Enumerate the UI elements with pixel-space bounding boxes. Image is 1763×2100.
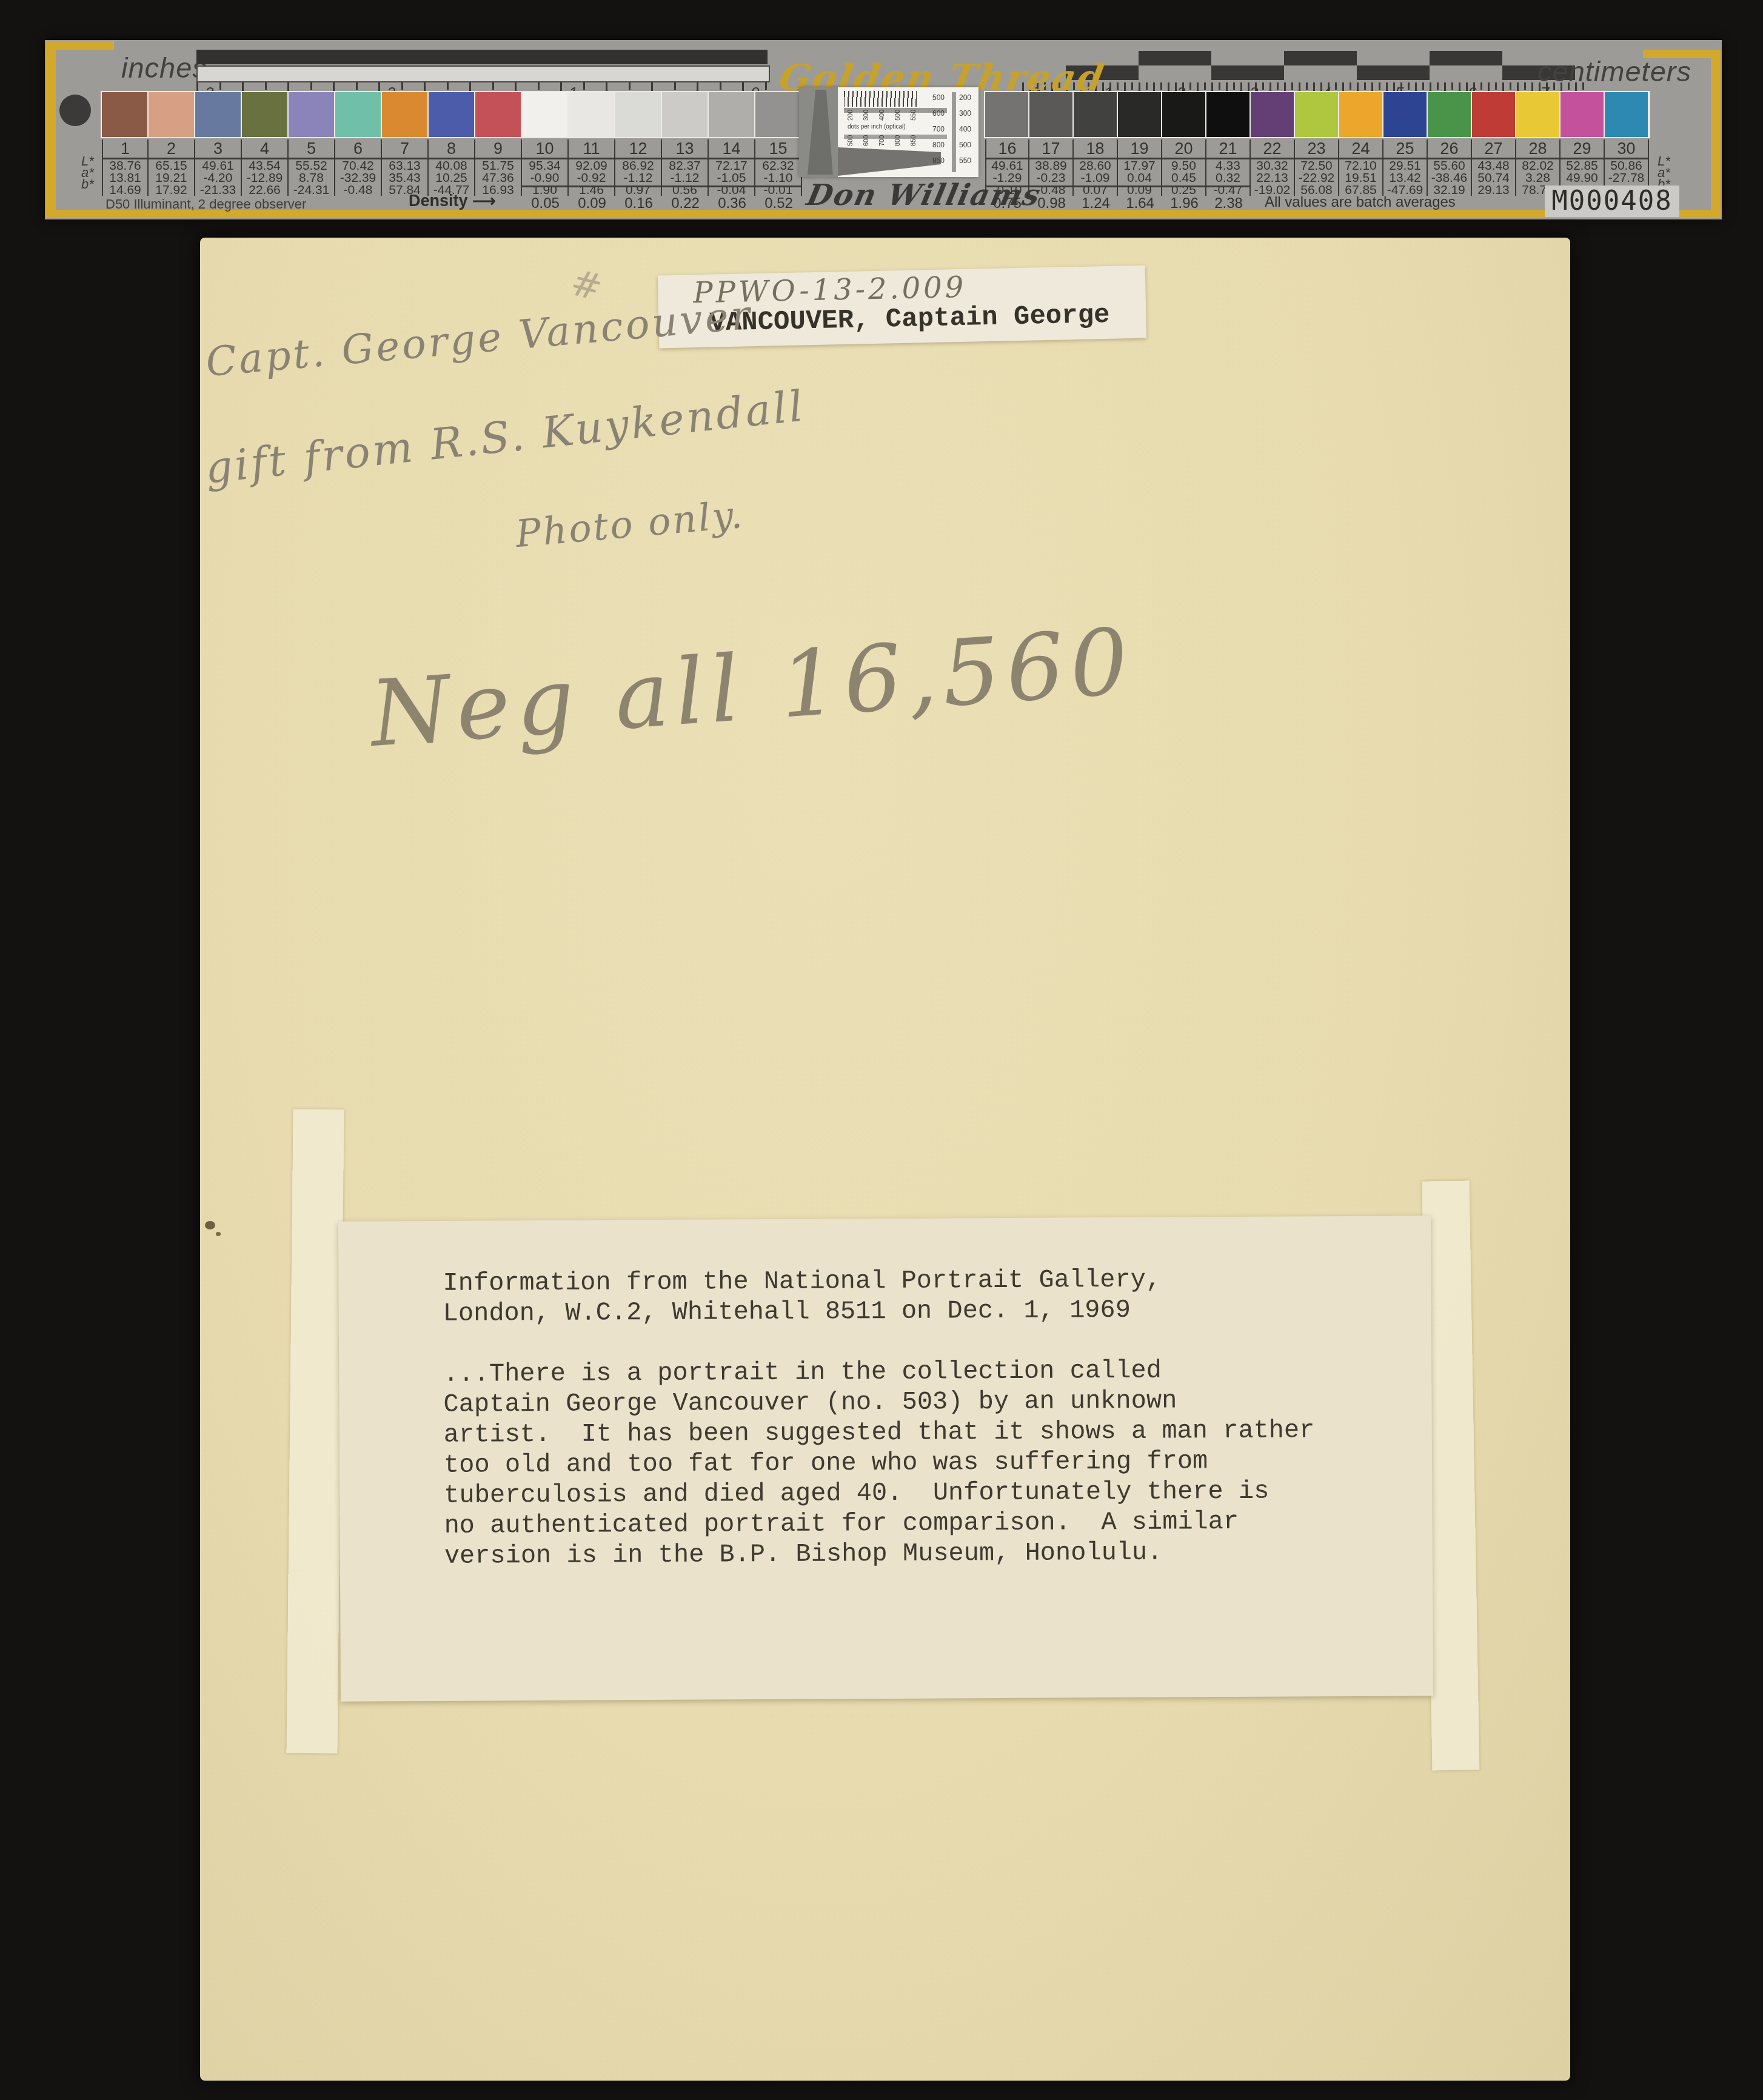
lab-value: 38.89 (1029, 159, 1072, 172)
color-patch-19 (1118, 92, 1161, 137)
dpi-scale-value: 600 (863, 138, 870, 146)
patch-number: 19 (1118, 139, 1161, 159)
patch-number: 20 (1162, 139, 1205, 159)
patch-number: 6 (335, 139, 381, 159)
dpi-scale-value: 200 (959, 90, 971, 105)
yellow-frame-topleft (46, 41, 114, 50)
lab-value-table-left: 138.7613.8114.69265.1519.2117.92349.61-4… (102, 139, 802, 196)
typed-note-line: version is in the B.P. Bishop Museum, Ho… (444, 1536, 1316, 1571)
ruler-tick (1364, 82, 1366, 90)
color-patch-28 (1516, 92, 1559, 137)
typed-note-paper: Information from the National Portrait G… (338, 1216, 1433, 1701)
converging-lines (844, 91, 917, 107)
typed-note-line (443, 1324, 1314, 1359)
target-serial-number: M000408 (1545, 186, 1679, 217)
dpi-scale-value: 700 (932, 121, 945, 137)
yellow-frame-left (46, 41, 56, 218)
inch-ruler-black-bar (196, 50, 768, 64)
density-value: 0.75 (985, 195, 1029, 212)
ruler-tick (1437, 82, 1439, 90)
ruler-tick (1291, 82, 1293, 90)
dpi-scale-value: 800 (932, 137, 945, 153)
density-value: 0.09 (569, 195, 615, 212)
dpi-scale-b: 500600700800850 (846, 138, 918, 145)
dpi-scale-value: 850 (932, 153, 945, 169)
density-value: 2.38 (1206, 195, 1251, 212)
patch-number: 3 (195, 139, 241, 159)
dpi-scale-value: 500 (847, 138, 854, 146)
ruler-tick (1233, 82, 1235, 90)
centimeters-label: centimeters (1537, 55, 1691, 88)
lab-value: -21.33 (195, 184, 241, 196)
lab-axis-labels-left: L*a*b* (81, 155, 94, 190)
typed-note-line: artist. It has been suggested that it sh… (444, 1415, 1315, 1450)
ruler-tick (1117, 82, 1119, 90)
dpi-scale-value: 300 (959, 105, 971, 121)
color-patch-14 (709, 92, 754, 137)
patch-number: 21 (1206, 139, 1249, 159)
lab-value: 62.32 (755, 159, 801, 172)
lab-value: 92.09 (569, 159, 614, 172)
dpi-scale-value: 200 (847, 112, 854, 121)
pencil-note-photo-only: Photo only. (514, 492, 746, 557)
dpi-scale-value: 500 (932, 90, 945, 105)
typed-note-line: no authenticated portrait for comparison… (444, 1506, 1315, 1541)
lab-value: 51.75 (475, 159, 521, 172)
lab-value: 95.34 (522, 159, 567, 172)
patch-column-18: 1828.60-1.090.07 (1074, 139, 1118, 196)
typed-note-line: tuberculosis and died aged 40. Unfortuna… (444, 1476, 1315, 1511)
ruler-tick (1306, 82, 1308, 90)
ruler-tick (1146, 82, 1148, 90)
patch-column-5: 555.528.78-24.31 (289, 139, 335, 196)
patch-number: 12 (615, 139, 661, 159)
color-patch-21 (1206, 92, 1249, 137)
lab-value: 14.69 (103, 184, 147, 196)
typed-note-text: Information from the National Portrait G… (443, 1263, 1315, 1571)
lab-value: -1.10 (755, 172, 801, 184)
color-patch-23 (1295, 92, 1338, 137)
ruler-tick (538, 82, 540, 90)
ruler-tick (356, 82, 358, 90)
lab-value: -1.12 (662, 172, 708, 184)
lab-value: -38.46 (1428, 172, 1471, 184)
lab-value: 49.61 (986, 159, 1028, 172)
ruler-tick (674, 82, 676, 90)
lab-value: 55.60 (1428, 159, 1471, 172)
lab-value: 29.51 (1383, 159, 1427, 172)
lab-axis-labels-right: L*a*b* (1658, 155, 1670, 190)
lab-value: 38.76 (103, 159, 147, 172)
patch-column-8: 840.0810.25-44.77 (429, 139, 475, 196)
lab-value: 22.66 (242, 184, 287, 196)
color-patch-3 (195, 92, 241, 137)
patch-column-19: 1917.970.040.09 (1118, 139, 1162, 196)
lab-value: 22.13 (1251, 172, 1294, 184)
patch-column-24: 2472.1019.5167.85 (1339, 139, 1383, 196)
checker-cell (1284, 51, 1357, 65)
density-value: 1.64 (1118, 195, 1162, 212)
checker-cell (1211, 51, 1284, 65)
ruler-tick (1131, 82, 1133, 90)
lab-value: 0.04 (1118, 172, 1161, 184)
ruler-tick (265, 82, 267, 90)
patch-number: 23 (1295, 139, 1338, 159)
stain-spot (205, 1221, 215, 1229)
dpi-caption: dots per inch (optical) (848, 124, 906, 130)
patch-number: 16 (986, 139, 1028, 159)
checker-cell (1139, 51, 1211, 65)
patch-number: 5 (289, 139, 334, 159)
color-patch-30 (1605, 92, 1648, 137)
color-patch-strip-left (101, 91, 803, 138)
patch-column-27: 2743.4850.7429.13 (1472, 139, 1516, 196)
lab-value: 86.92 (615, 159, 661, 172)
patch-number: 10 (522, 139, 567, 159)
patch-column-12: 1286.92-1.120.97 (615, 139, 662, 196)
ruler-tick (401, 82, 403, 90)
checker-cell (1430, 51, 1502, 65)
lab-value: 8.78 (289, 172, 334, 184)
dpi-scale-a: 200300400500550 (846, 113, 918, 120)
patch-number: 11 (569, 139, 614, 159)
ruler-tick (310, 82, 312, 90)
dpi-scale-value: 600 (932, 105, 945, 121)
patch-number: 7 (382, 139, 427, 159)
typed-note-line: too old and too fat for one who was suff… (444, 1445, 1315, 1480)
lab-value: 50.74 (1472, 172, 1515, 184)
patch-number: 30 (1605, 139, 1648, 159)
slant-wedge-shape (838, 145, 941, 176)
ruler-tick (1524, 82, 1526, 90)
typed-note-line: ...There is a portrait in the collection… (443, 1354, 1314, 1389)
lab-value: -1.09 (1074, 172, 1117, 184)
lab-value: -0.48 (335, 184, 381, 196)
density-values-right: 0.750.981.241.641.962.38 (985, 195, 1251, 212)
color-patch-12 (615, 92, 661, 137)
patch-number: 13 (662, 139, 708, 159)
patch-column-25: 2529.5113.42-47.69 (1383, 139, 1428, 196)
ruler-tick (1335, 82, 1337, 90)
vertical-gray-bar (952, 92, 956, 172)
lab-value: 19.21 (149, 172, 194, 184)
inches-label: inches (121, 51, 207, 84)
stain-speck (216, 1232, 221, 1236)
patch-number: 1 (103, 139, 147, 159)
patch-number: 4 (242, 139, 287, 159)
patch-number: 22 (1251, 139, 1294, 159)
yellow-frame-right (1711, 50, 1721, 218)
patch-column-11: 1192.09-0.921.46 (569, 139, 615, 196)
patch-column-21: 214.330.32-0.47 (1206, 139, 1251, 196)
patch-number: 18 (1074, 139, 1117, 159)
density-value: 1.96 (1162, 195, 1206, 212)
patch-number: 15 (755, 139, 801, 159)
patch-column-10: 1095.34-0.901.90 (522, 139, 569, 196)
color-patch-26 (1428, 92, 1471, 137)
lab-value: 52.85 (1561, 159, 1604, 172)
patch-number: 24 (1339, 139, 1382, 159)
lab-value: 65.15 (149, 159, 194, 172)
color-patch-6 (335, 92, 381, 137)
patch-column-2: 265.1519.2117.92 (149, 139, 195, 196)
batch-averages-note: All values are batch averages (1265, 194, 1456, 211)
color-patch-29 (1561, 92, 1604, 137)
density-value: 0.05 (522, 195, 569, 212)
patch-column-9: 951.7547.3616.93 (475, 139, 522, 196)
checker-cell (1211, 65, 1284, 80)
color-patch-11 (569, 92, 614, 137)
ruler-tick (1422, 82, 1424, 90)
checker-cell (1139, 65, 1211, 80)
patch-column-14: 1472.17-1.05-0.04 (709, 139, 755, 196)
patch-column-4: 443.54-12.8922.66 (242, 139, 289, 196)
density-value: 0.22 (662, 195, 709, 212)
density-value: 0.52 (755, 195, 802, 212)
pencil-note-name: Capt. George Vancouver (204, 292, 754, 386)
lab-value: 63.13 (382, 159, 427, 172)
cm-ruler-checkerboard (1066, 51, 1573, 80)
patch-column-22: 2230.3222.13-19.02 (1251, 139, 1295, 196)
photo-verso-card: # PPWO-13-2.009 VANCOUVER, Captain Georg… (200, 238, 1570, 2081)
lab-value: 47.36 (475, 172, 521, 184)
inch-ruler-white-bar (196, 65, 770, 82)
patch-number: 17 (1029, 139, 1072, 159)
color-patch-24 (1339, 92, 1382, 137)
dpi-scale-value: 800 (894, 138, 902, 146)
lab-value: 72.50 (1295, 159, 1338, 172)
density-value: 0.16 (615, 195, 662, 212)
density-label: Density ⟶ (409, 192, 496, 210)
checker-cell (1357, 65, 1430, 80)
lab-value: 82.37 (662, 159, 708, 172)
patch-number: 2 (149, 139, 194, 159)
lab-value: 43.54 (242, 159, 287, 172)
lab-value: 13.81 (103, 172, 147, 184)
dpi-scale-value: 400 (959, 121, 971, 137)
color-patch-4 (242, 92, 287, 137)
lab-value: 10.25 (429, 172, 474, 184)
lab-value: -12.89 (242, 172, 287, 184)
patch-column-26: 2655.60-38.4632.19 (1428, 139, 1472, 196)
lab-value: 0.45 (1162, 172, 1205, 184)
patch-column-15: 1562.32-1.10-0.01 (755, 139, 802, 196)
patch-number: 25 (1383, 139, 1427, 159)
lab-value: 3.28 (1516, 172, 1559, 184)
lab-value: 43.48 (1472, 159, 1515, 172)
density-value: 1.24 (1074, 195, 1118, 212)
lab-value: -24.31 (289, 184, 334, 196)
color-patch-13 (662, 92, 708, 137)
lab-value: -0.92 (569, 172, 614, 184)
patch-number: 14 (709, 139, 754, 159)
ruler-tick (1379, 82, 1380, 90)
dpi-scale-vertical-b: 500600700800850 (932, 90, 945, 169)
lab-value: 13.42 (1383, 172, 1427, 184)
pencil-note-gift: gift from R.S. Kuykendall (202, 381, 807, 493)
lab-value: 30.32 (1251, 159, 1294, 172)
color-patch-1 (102, 92, 147, 137)
lab-axis-label: b* (81, 178, 94, 190)
ruler-tick (1350, 82, 1351, 90)
checker-cell (1430, 65, 1502, 80)
registration-dot (59, 95, 91, 126)
dpi-scale-value: 700 (878, 138, 886, 146)
dpi-scale-value: 400 (878, 112, 886, 121)
ruler-tick (1510, 82, 1511, 90)
lab-value: 40.08 (429, 159, 474, 172)
patch-column-7: 763.1335.4357.84 (382, 139, 429, 196)
lab-value: -27.78 (1605, 172, 1648, 184)
ruler-tick (492, 82, 494, 90)
scanned-photo-verso: inches 3210 01234567 centimeters L*a*b* … (0, 0, 1763, 2100)
lab-value: 17.92 (149, 184, 194, 196)
illuminant-note: D50 Illuminant, 2 degree observer (105, 196, 306, 212)
dpi-scale-value: 850 (910, 138, 917, 146)
patch-column-20: 209.500.450.25 (1162, 139, 1206, 196)
lab-value: 19.51 (1339, 172, 1382, 184)
lab-value: -32.39 (335, 172, 381, 184)
density-values-left: 0.050.090.160.220.360.52 (522, 195, 802, 212)
color-patch-20 (1162, 92, 1205, 137)
typed-note-line: London, W.C.2, Whitehall 8511 on Dec. 1,… (443, 1294, 1314, 1329)
checker-cell (1284, 65, 1357, 80)
ruler-tick (1408, 82, 1410, 90)
lab-value: -1.05 (709, 172, 754, 184)
dpi-scale-value: 500 (894, 112, 902, 121)
patch-number: 28 (1516, 139, 1559, 159)
density-rule-left (522, 186, 802, 187)
dpi-scale-value: 300 (863, 112, 870, 121)
lab-value: 17.97 (1118, 159, 1161, 172)
resolution-target-card: 200300400500550 dots per inch (optical) … (799, 87, 979, 177)
lab-value: -0.90 (522, 172, 567, 184)
patch-column-1: 138.7613.8114.69 (102, 139, 149, 196)
checker-cell (1357, 51, 1430, 65)
patch-column-3: 349.61-4.20-21.33 (195, 139, 242, 196)
color-patch-2 (149, 92, 194, 137)
ruler-tick (765, 82, 767, 90)
color-patch-9 (475, 92, 521, 137)
ruler-tick (1160, 82, 1162, 90)
patch-number: 8 (429, 139, 474, 159)
patch-number: 9 (475, 139, 521, 159)
ruler-tick (1495, 82, 1497, 90)
typed-note-line: Information from the National Portrait G… (443, 1263, 1314, 1299)
ruler-tick (720, 82, 721, 90)
color-patch-25 (1383, 92, 1427, 137)
patch-number: 26 (1428, 139, 1471, 159)
lab-value: 55.52 (289, 159, 334, 172)
dpi-scale-value: 550 (959, 153, 971, 169)
color-patch-5 (289, 92, 334, 137)
dpi-scale-value: 550 (910, 112, 917, 121)
patch-column-6: 670.42-32.39-0.48 (335, 139, 382, 196)
color-patch-10 (522, 92, 567, 137)
lab-value: 72.10 (1339, 159, 1382, 172)
lab-value: 82.02 (1516, 159, 1559, 172)
pencil-hash-mark: # (566, 261, 606, 310)
color-patch-8 (429, 92, 474, 137)
ruler-tick (583, 82, 585, 90)
color-patch-7 (382, 92, 427, 137)
ruler-tick (1277, 82, 1279, 90)
lab-value: 72.17 (709, 159, 754, 172)
lab-value: 49.90 (1561, 172, 1604, 184)
color-patch-22 (1251, 92, 1294, 137)
lab-value: -1.12 (615, 172, 661, 184)
ruler-tick (447, 82, 449, 90)
ruler-tick (1189, 82, 1191, 90)
density-value: 0.36 (709, 195, 755, 212)
patch-column-13: 1382.37-1.120.56 (662, 139, 709, 196)
dpi-scale-value: 500 (959, 137, 971, 153)
ruler-tick (1480, 82, 1482, 90)
patch-number: 27 (1472, 139, 1515, 159)
lab-value: 35.43 (382, 172, 427, 184)
dpi-scale-vertical-a: 200300400500550 (959, 90, 971, 169)
patch-column-23: 2372.50-22.9256.08 (1295, 139, 1339, 196)
lab-value: 4.33 (1206, 159, 1249, 172)
ruler-tick (1219, 82, 1220, 90)
pencil-note-negative-number: Neg all 16,560 (367, 609, 1137, 767)
lab-value: 29.13 (1472, 184, 1515, 196)
ruler-tick (1204, 82, 1206, 90)
lab-value: 49.61 (195, 159, 241, 172)
color-patch-27 (1472, 92, 1515, 137)
ruler-tick (1262, 82, 1264, 90)
lab-value: 9.50 (1162, 159, 1205, 172)
patch-number: 29 (1561, 139, 1604, 159)
lab-value: 70.42 (335, 159, 381, 172)
lab-value: -22.92 (1295, 172, 1338, 184)
tape-strip-left (286, 1109, 344, 1754)
lab-value: 50.86 (1605, 159, 1648, 172)
lab-value: -4.20 (195, 172, 241, 184)
ruler-tick (629, 82, 631, 90)
lab-value: 28.60 (1074, 159, 1117, 172)
typed-note-line: Captain George Vancouver (no. 503) by an… (443, 1385, 1314, 1420)
calibration-target-bar: inches 3210 01234567 centimeters L*a*b* … (45, 40, 1722, 219)
lab-value: 0.32 (1206, 172, 1249, 184)
density-value: 0.98 (1029, 195, 1074, 212)
ruler-tick (219, 82, 221, 90)
ruler-tick (1451, 82, 1453, 90)
